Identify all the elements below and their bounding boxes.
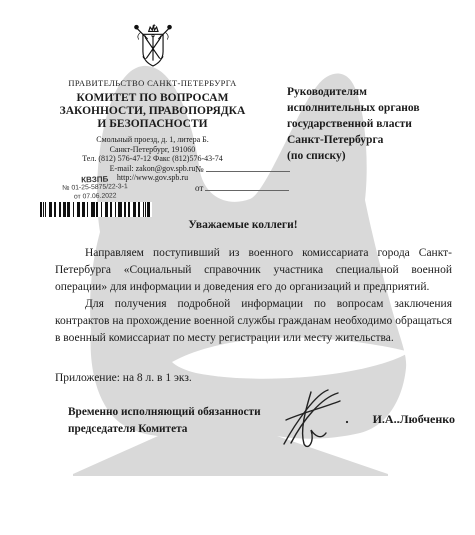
address-street: Смольный проезд, д. 1, литера Б. [30, 135, 275, 145]
address-city: Санкт-Петербург, 191060 [30, 145, 275, 155]
signer-name: И.А..Любченко [355, 412, 455, 427]
outgoing-number-row: № [195, 161, 305, 180]
date-label: от [195, 183, 203, 193]
letterhead: ПРАВИТЕЛЬСТВО САНКТ-ПЕТЕРБУРГА КОМИТЕТ П… [30, 22, 275, 183]
signer-title-line1: Временно исполняющий обязанности [68, 404, 261, 421]
committee-line2: ЗАКОННОСТИ, ПРАВОПОРЯДКА [30, 105, 275, 118]
body-paragraph-1: Направляем поступивший из военного комис… [55, 245, 452, 296]
signature-icon [276, 384, 352, 454]
outgoing-date-row: от [195, 180, 305, 199]
attachment-note: Приложение: на 8 л. в 1 экз. [55, 372, 192, 384]
recipient-line3: государственной власти [287, 116, 473, 132]
government-title: ПРАВИТЕЛЬСТВО САНКТ-ПЕТЕРБУРГА [30, 78, 275, 88]
recipient-line5: (по списку) [287, 148, 473, 164]
recipient-line2: исполнительных органов [287, 100, 473, 116]
number-blank-line [206, 161, 290, 172]
registration-stamp: КВЗПБ № 01-25-5875/22-3-1 от 07.06.2022 [38, 174, 153, 203]
barcode-icon [40, 202, 152, 217]
reference-fields: № от [195, 161, 305, 199]
committee-title: КОМИТЕТ ПО ВОПРОСАМ ЗАКОННОСТИ, ПРАВОПОР… [30, 92, 275, 131]
number-label: № [195, 164, 204, 174]
body-paragraph-2: Для получения подробной информации по во… [55, 296, 452, 347]
recipient-block: Руководителям исполнительных органов гос… [287, 84, 473, 164]
recipient-line4: Санкт-Петербурга [287, 132, 473, 148]
salutation: Уважаемые коллеги! [43, 219, 443, 231]
signer-title-line2: председателя Комитета [68, 421, 261, 438]
committee-line1: КОМИТЕТ ПО ВОПРОСАМ [30, 92, 275, 105]
committee-line3: И БЕЗОПАСНОСТИ [30, 118, 275, 131]
letter-body: Направляем поступивший из военного комис… [55, 245, 452, 347]
signer-title: Временно исполняющий обязанности председ… [68, 404, 261, 438]
recipient-line1: Руководителям [287, 84, 473, 100]
official-letter-document: ПРАВИТЕЛЬСТВО САНКТ-ПЕТЕРБУРГА КОМИТЕТ П… [0, 0, 475, 535]
date-blank-line [205, 180, 289, 191]
coat-of-arms-icon [130, 22, 176, 74]
